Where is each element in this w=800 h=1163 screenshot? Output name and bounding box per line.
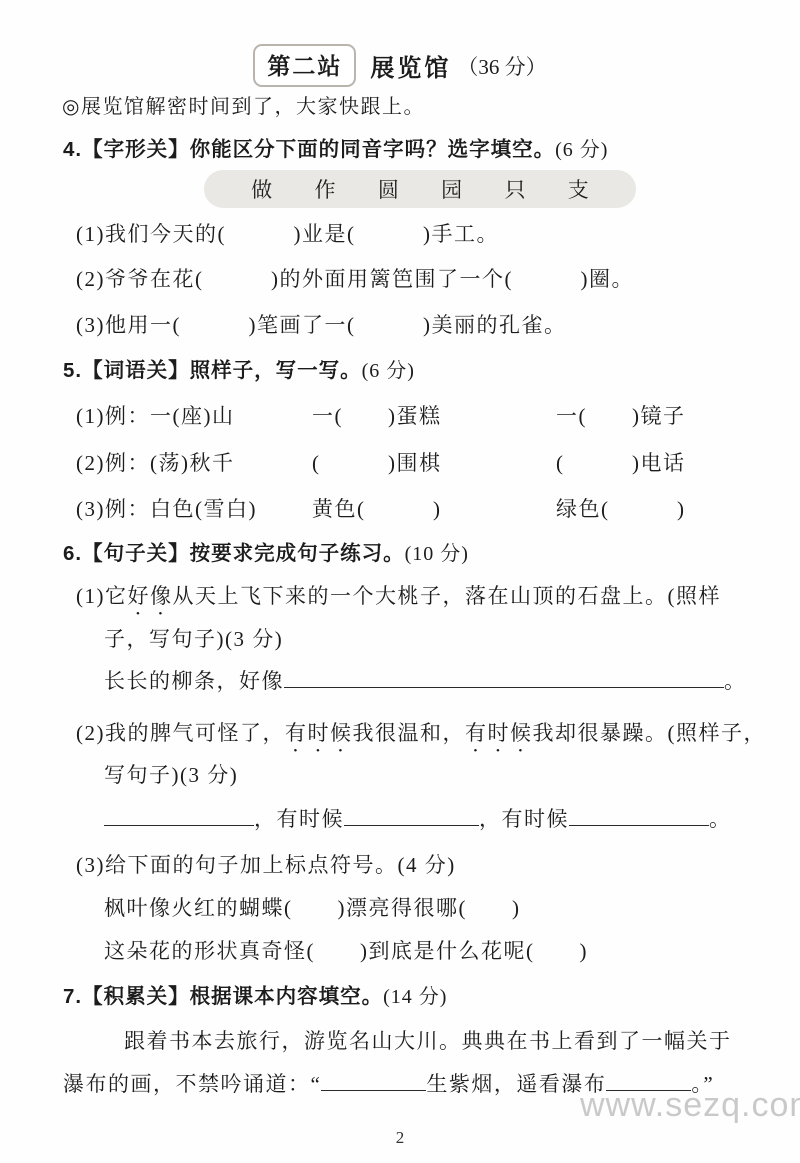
sentence-end: 。 (709, 807, 732, 831)
question-6-item-1-line-2: 子，写句子)(3 分) (104, 624, 283, 654)
question-7-heading: 7.【积累关】根据课本内容填空。(14 分) (63, 982, 447, 1012)
sentence-text: 从天上飞下来的一个大桃子，落在山顶的石盘上。(照样 (173, 584, 722, 608)
question-5-row-1: (1)例：一(座)山一( )蛋糕一( )镜子 (76, 401, 686, 431)
answer-blank[interactable] (284, 667, 724, 688)
bank-character: 支 (568, 174, 589, 204)
sentence-text: 我很温和， (353, 721, 466, 745)
question-7-text: 根据课本内容填空。 (190, 985, 384, 1008)
bank-character: 只 (504, 174, 525, 204)
question-6-item-3-sentence-2[interactable]: 这朵花的形状真奇怪( )到底是什么花呢( ) (104, 936, 588, 966)
fill-cell[interactable]: 黄色( ) (312, 494, 556, 524)
question-5-number: 5. (63, 359, 82, 382)
question-7-score: (14 分) (383, 986, 447, 1008)
fill-cell[interactable]: 一( )蛋糕 (312, 401, 556, 431)
question-6-score: (10 分) (405, 543, 469, 565)
question-4-heading: 4.【字形关】你能区分下面的同音字吗？选字填空。(6 分) (63, 135, 608, 165)
question-6-item-1-answer-line: 长长的柳条，好像。 (104, 666, 747, 696)
question-5-tag: 【词语关】 (82, 359, 190, 382)
fill-cell[interactable]: 一( )镜子 (556, 401, 686, 431)
question-4-score: (6 分) (555, 139, 608, 161)
station-badge: 第二站 (253, 44, 356, 87)
example-cell: (2)例：(荡)秋千 (76, 448, 312, 478)
question-6-heading: 6.【句子关】按要求完成句子练习。(10 分) (63, 539, 469, 569)
emphasized-text: 有时候 (285, 721, 353, 745)
question-6-tag: 【句子关】 (82, 542, 190, 565)
question-4-item-2[interactable]: (2)爷爷在花( )的外面用篱笆围了一个( )圈。 (76, 264, 634, 294)
sentence-text: ，有时候 (254, 807, 344, 831)
answer-blank[interactable] (104, 805, 254, 826)
question-4-item-3[interactable]: (3)他用一( )笔画了一( )美丽的孔雀。 (76, 310, 566, 340)
emphasized-text: 好像 (128, 584, 173, 608)
bank-character: 作 (314, 174, 335, 204)
fill-cell[interactable]: ( )围棋 (312, 448, 556, 478)
question-6-item-2-answer-line: ，有时候，有时候。 (104, 804, 732, 834)
example-cell: (3)例：白色(雪白) (76, 494, 312, 524)
example-cell: (1)例：一(座)山 (76, 401, 312, 431)
answer-blank[interactable] (321, 1070, 426, 1091)
sentence-end: 。 (724, 669, 747, 693)
question-6-item-2-line-1: (2)我的脾气可怪了，有时候我很温和，有时候我却很暴躁。(照样子， (76, 718, 766, 757)
question-5-row-3: (3)例：白色(雪白)黄色( )绿色( ) (76, 494, 686, 524)
question-7-tag: 【积累关】 (82, 985, 190, 1008)
question-5-row-2: (2)例：(荡)秋千( )围棋( )电话 (76, 448, 686, 478)
page-title: 第二站展览馆（36 分） (0, 44, 800, 87)
question-5-heading: 5.【词语关】照样子，写一写。(6 分) (63, 356, 415, 386)
question-6-item-2-line-2: 写句子)(3 分) (104, 760, 238, 790)
character-bank: 做 作 圆 园 只 支 (204, 170, 636, 208)
question-6-item-1-line-1: (1)它好像从天上飞下来的一个大桃子，落在山顶的石盘上。(照样 (76, 581, 721, 620)
section-title: 展览馆 (370, 48, 451, 83)
section-score: （36 分） (457, 51, 546, 81)
question-6-item-3-heading: (3)给下面的句子加上标点符号。(4 分) (76, 850, 456, 880)
bank-character: 园 (441, 174, 462, 204)
question-6-text: 按要求完成句子练习。 (190, 542, 405, 565)
worksheet-page: 第二站展览馆（36 分） ◎展览馆解密时间到了，大家快跟上。 4.【字形关】你能… (0, 0, 800, 1163)
question-4-tag: 【字形关】 (82, 138, 190, 161)
question-7-paragraph-line-1: 跟着书本去旅行，游览名山大川。典典在书上看到了一幅关于 (124, 1026, 732, 1056)
answer-prompt: 长长的柳条，好像 (104, 669, 284, 693)
sentence-text: (2)我的脾气可怪了， (76, 721, 285, 745)
bank-character: 圆 (378, 174, 399, 204)
sentence-text: 瀑布的画，不禁吟诵道：“ (63, 1072, 321, 1096)
question-4-text: 你能区分下面的同音字吗？选字填空。 (190, 138, 556, 161)
bank-character: 做 (251, 174, 272, 204)
question-5-score: (6 分) (362, 360, 415, 382)
answer-blank[interactable] (569, 805, 709, 826)
fill-cell[interactable]: 绿色( ) (556, 494, 686, 524)
sentence-text: (1)它 (76, 584, 128, 608)
question-6-item-3-sentence-1[interactable]: 枫叶像火红的蝴蝶( )漂亮得很哪( ) (104, 893, 520, 923)
answer-blank[interactable] (344, 805, 479, 826)
page-number: 2 (0, 1128, 800, 1148)
fill-cell[interactable]: ( )电话 (556, 448, 686, 478)
question-6-number: 6. (63, 542, 82, 565)
question-4-number: 4. (63, 138, 82, 161)
site-watermark: www.sezq.com (580, 1086, 800, 1125)
question-7-number: 7. (63, 985, 82, 1008)
sentence-text: 我却很暴躁。(照样子， (533, 721, 767, 745)
emphasized-text: 有时候 (465, 721, 533, 745)
sentence-text: ，有时候 (479, 807, 569, 831)
question-5-text: 照样子，写一写。 (190, 359, 362, 382)
question-4-item-1[interactable]: (1)我们今天的( )业是( )手工。 (76, 219, 499, 249)
intro-text: ◎展览馆解密时间到了，大家快跟上。 (62, 92, 425, 122)
